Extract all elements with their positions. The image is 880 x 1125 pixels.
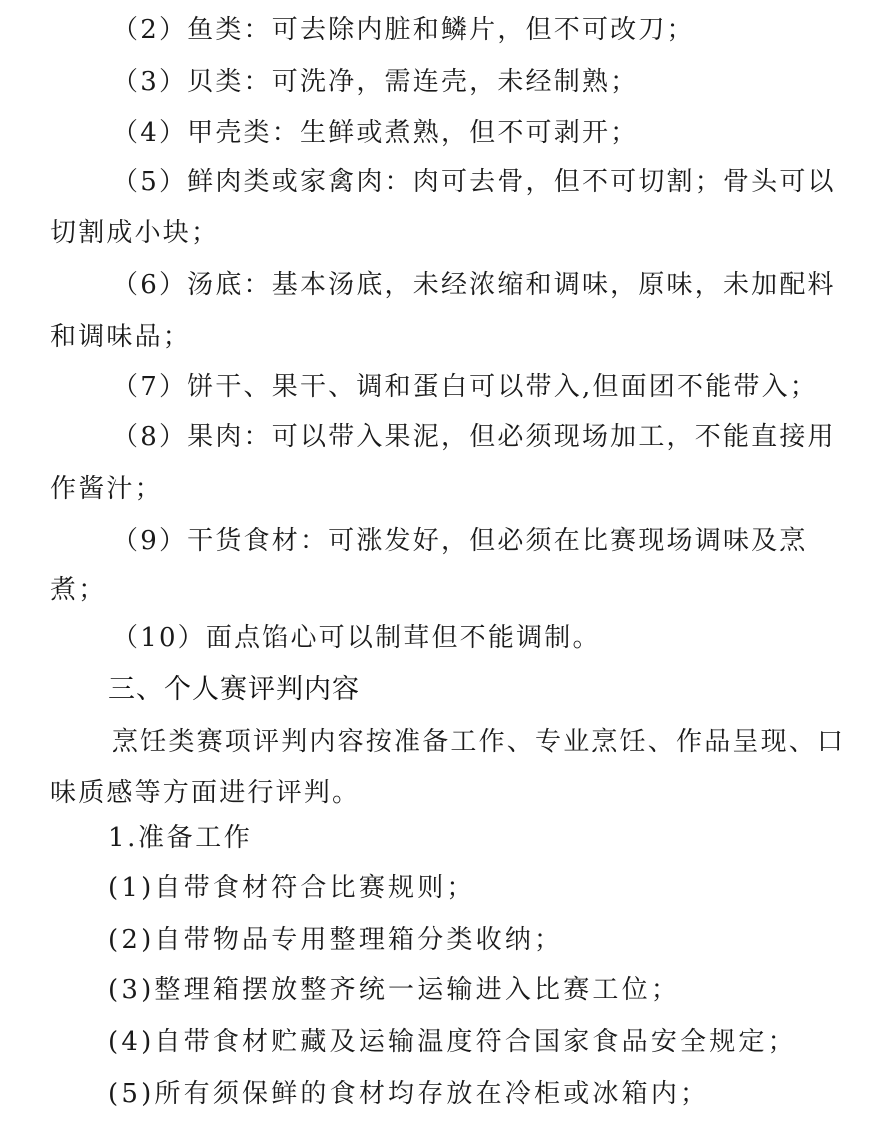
rule-item-fruit-continued: 作酱汁；: [50, 472, 163, 506]
rule-item-stock-continued: 和调味品；: [50, 320, 191, 354]
document-page: （2）鱼类：可去除内脏和鳞片，但不可改刀； （3）贝类：可洗净，需连壳，未经制熟…: [0, 0, 880, 1125]
rule-item-fruit: （8）果肉：可以带入果泥，但必须现场加工，不能直接用: [112, 420, 836, 454]
prep-item-3: (3)整理箱摆放整齐统一运输进入比赛工位；: [108, 973, 680, 1007]
rule-item-biscuits: （7）饼干、果干、调和蛋白可以带入,但面团不能带入；: [112, 370, 818, 404]
rule-item-fish: （2）鱼类：可去除内脏和鳞片，但不可改刀；: [112, 13, 695, 47]
rule-item-stock: （6）汤底：基本汤底，未经浓缩和调味，原味，未加配料: [112, 268, 836, 302]
rule-item-filling: （10）面点馅心可以制茸但不能调制。: [112, 621, 601, 655]
section-heading-judging: 三、个人赛评判内容: [108, 673, 360, 707]
rule-item-meat-continued: 切割成小块；: [50, 216, 219, 250]
judging-intro-continued: 味质感等方面进行评判。: [50, 776, 360, 810]
subheading-preparation: 1.准备工作: [108, 821, 252, 855]
prep-item-2: (2)自带物品专用整理箱分类收纳；: [108, 923, 563, 957]
rule-item-dried-goods-continued: 煮；: [50, 573, 106, 607]
rule-item-shellfish: （3）贝类：可洗净，需连壳，未经制熟；: [112, 65, 638, 99]
prep-item-4: (4)自带食材贮藏及运输温度符合国家食品安全规定；: [108, 1025, 797, 1059]
judging-intro-paragraph: 烹饪类赛项评判内容按准备工作、专业烹饪、作品呈现、口: [112, 725, 845, 759]
rule-item-dried-goods: （9）干货食材：可涨发好，但必须在比赛现场调味及烹: [112, 524, 808, 558]
rule-item-meat: （5）鲜肉类或家禽肉：肉可去骨，但不可切割；骨头可以: [112, 165, 836, 199]
prep-item-5: (5)所有须保鲜的食材均存放在冷柜或冰箱内；: [108, 1077, 709, 1111]
rule-item-crustacean: （4）甲壳类：生鲜或煮熟，但不可剥开；: [112, 116, 638, 150]
prep-item-1: (1)自带食材符合比赛规则；: [108, 871, 476, 905]
